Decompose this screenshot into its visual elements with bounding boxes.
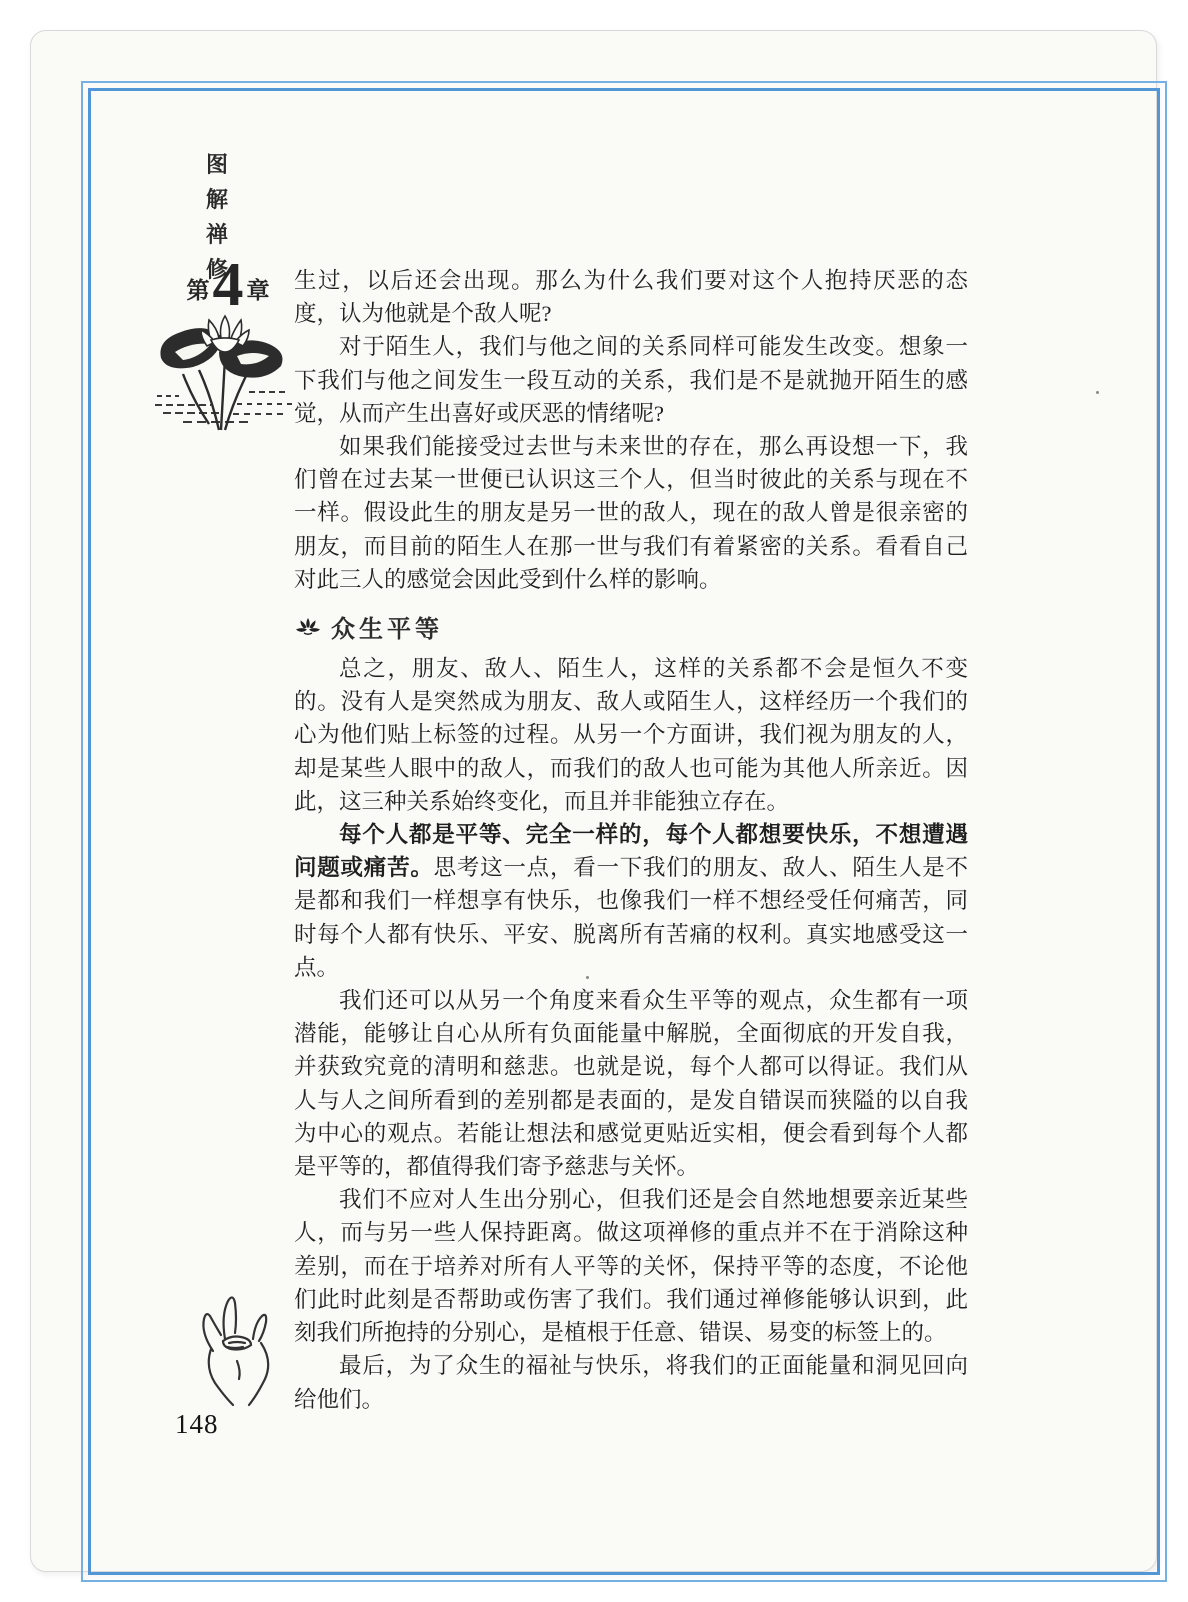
scan-speck xyxy=(426,435,429,438)
paragraph: 总之，朋友、敌人、陌生人，这样的关系都不会是恒久不变的。没有人是突然成为朋友、敌… xyxy=(294,652,968,818)
section-title: 众生平等 xyxy=(331,609,443,644)
page-number: 148 xyxy=(175,1409,219,1440)
book-title-char: 禅 xyxy=(204,218,230,249)
paragraph: 最后，为了众生的福祉与快乐，将我们的正面能量和洞见回向给他们。 xyxy=(294,1349,968,1415)
lotus-icon xyxy=(295,617,321,637)
chapter-prefix: 第 xyxy=(187,272,210,305)
section-heading: 众生平等 xyxy=(295,609,968,644)
lotus-pond-illustration xyxy=(153,312,295,434)
scan-speck xyxy=(586,976,589,979)
paragraph: 我们不应对人生出分别心，但我们还是会自然地想要亲近某些人，而与另一些人保持距离。… xyxy=(294,1183,968,1349)
book-page: 图 解 禅 修 第 4 章 xyxy=(30,30,1157,1572)
paragraph-emphasis: 每个人都是平等、完全一样的，每个人都想要快乐，不想遭遇问题或痛苦。思考这一点，看… xyxy=(294,818,968,984)
mudra-hand-illustration xyxy=(173,1283,298,1408)
paragraph: 我们还可以从另一个角度来看众生平等的观点，众生都有一项潜能，能够让自心从所有负面… xyxy=(294,984,968,1183)
scan-speck xyxy=(1096,391,1099,394)
paragraph: 如果我们能接受过去世与未来世的存在，那么再设想一下，我们曾在过去某一世便已认识这… xyxy=(294,430,968,596)
chapter-suffix: 章 xyxy=(247,272,270,305)
paragraph-continuation: 生过，以后还会出现。那么为什么我们要对这个人抱持厌恶的态度，认为他就是个敌人呢? xyxy=(294,264,968,330)
chapter-number: 4 xyxy=(213,254,244,316)
body-text: 生过，以后还会出现。那么为什么我们要对这个人抱持厌恶的态度，认为他就是个敌人呢?… xyxy=(294,264,968,1416)
book-title-char: 图 xyxy=(204,148,230,179)
book-title-char: 解 xyxy=(204,183,230,214)
screenshot-root: 图 解 禅 修 第 4 章 xyxy=(0,0,1188,1602)
paragraph: 对于陌生人，我们与他之间的关系同样可能发生改变。想象一下我们与他之间发生一段互动… xyxy=(294,330,968,430)
